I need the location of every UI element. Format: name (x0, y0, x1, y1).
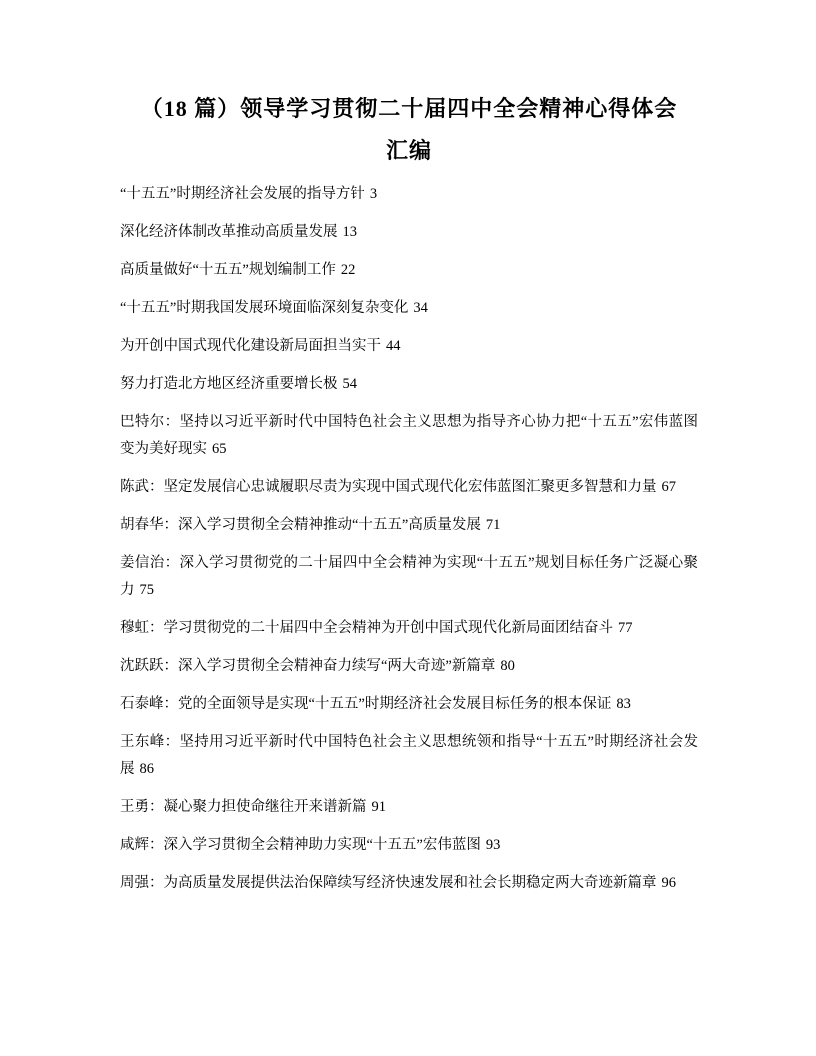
toc-entry-text: 咸辉：深入学习贯彻全会精神助力实现“十五五”宏伟蓝图 (120, 837, 481, 853)
toc-entry: 巴特尔：坚持以习近平新时代中国特色社会主义思想为指导齐心协力把“十五五”宏伟蓝图… (120, 409, 698, 463)
toc-entry-text: 巴特尔：坚持以习近平新时代中国特色社会主义思想为指导齐心协力把“十五五”宏伟蓝图… (120, 414, 698, 457)
toc-entry-text: 周强：为高质量发展提供法治保障续写经济快速发展和社会长期稳定两大奇迹新篇章 (120, 875, 657, 891)
toc-entry-page-number: 22 (341, 262, 356, 278)
toc-entry: 穆虹：学习贯彻党的二十届四中全会精神为开创中国式现代化新局面团结奋斗77 (120, 615, 698, 642)
toc-entry: 石泰峰：党的全面领导是实现“十五五”时期经济社会发展目标任务的根本保证83 (120, 691, 698, 718)
toc-entry-page-number: 67 (662, 479, 677, 495)
toc-entry-page-number: 86 (140, 761, 155, 777)
toc-entry: 王勇：凝心聚力担使命继往开来谱新篇91 (120, 794, 698, 821)
toc-entry: 周强：为高质量发展提供法治保障续写经济快速发展和社会长期稳定两大奇迹新篇章96 (120, 870, 698, 897)
toc-entry: 姜信治：深入学习贯彻党的二十届四中全会精神为实现“十五五”规划目标任务广泛凝心聚… (120, 550, 698, 604)
toc-entry: 胡春华：深入学习贯彻全会精神推动“十五五”高质量发展71 (120, 512, 698, 539)
toc-entry-text: 深化经济体制改革推动高质量发展 (120, 224, 338, 240)
toc-entry-text: 陈武：坚定发展信心忠诚履职尽责为实现中国式现代化宏伟蓝图汇聚更多智慧和力量 (120, 479, 657, 495)
toc-entry-text: 为开创中国式现代化建设新局面担当实干 (120, 338, 381, 354)
page-title-line-1: （18 篇）领导学习贯彻二十届四中全会精神心得体会 (120, 88, 698, 130)
toc-entry-text: 努力打造北方地区经济重要增长极 (120, 376, 338, 392)
toc-entry-text: 沈跃跃：深入学习贯彻全会精神奋力续写“两大奇迹”新篇章 (120, 658, 495, 674)
toc-entry-text: 穆虹：学习贯彻党的二十届四中全会精神为开创中国式现代化新局面团结奋斗 (120, 620, 613, 636)
toc-entry-text: “十五五”时期我国发展环境面临深刻复杂变化 (120, 300, 408, 316)
toc-entry-page-number: 83 (616, 696, 631, 712)
page-title: （18 篇）领导学习贯彻二十届四中全会精神心得体会 汇编 (120, 88, 698, 172)
toc-entry: “十五五”时期经济社会发展的指导方针3 (120, 181, 698, 208)
toc-entry-page-number: 3 (370, 186, 377, 202)
toc-entry-text: 姜信治：深入学习贯彻党的二十届四中全会精神为实现“十五五”规划目标任务广泛凝心聚… (120, 555, 698, 598)
toc-entry-text: 高质量做好“十五五”规划编制工作 (120, 262, 336, 278)
toc-entry-text: “十五五”时期经济社会发展的指导方针 (120, 186, 365, 202)
toc-entry-page-number: 13 (343, 224, 358, 240)
toc-entry-text: 石泰峰：党的全面领导是实现“十五五”时期经济社会发展目标任务的根本保证 (120, 696, 611, 712)
page-title-line-2: 汇编 (120, 130, 698, 172)
toc-entry-page-number: 65 (212, 441, 227, 457)
toc-entry-page-number: 96 (662, 875, 677, 891)
toc-entry-text: 王勇：凝心聚力担使命继往开来谱新篇 (120, 799, 367, 815)
toc-entry: 王东峰：坚持用习近平新时代中国特色社会主义思想统领和指导“十五五”时期经济社会发… (120, 729, 698, 783)
toc-entry: 高质量做好“十五五”规划编制工作22 (120, 257, 698, 284)
toc-entry-page-number: 44 (386, 338, 401, 354)
toc-entry-page-number: 93 (486, 837, 501, 853)
toc-entry: 咸辉：深入学习贯彻全会精神助力实现“十五五”宏伟蓝图93 (120, 832, 698, 859)
toc-entry: 深化经济体制改革推动高质量发展13 (120, 219, 698, 246)
toc-list: “十五五”时期经济社会发展的指导方针3 深化经济体制改革推动高质量发展13 高质… (120, 181, 698, 897)
toc-entry-page-number: 77 (618, 620, 633, 636)
toc-entry-text: 王东峰：坚持用习近平新时代中国特色社会主义思想统领和指导“十五五”时期经济社会发… (120, 734, 698, 777)
toc-entry-page-number: 75 (140, 582, 155, 598)
toc-entry-page-number: 54 (343, 376, 358, 392)
toc-entry-page-number: 80 (500, 658, 515, 674)
toc-entry: 沈跃跃：深入学习贯彻全会精神奋力续写“两大奇迹”新篇章80 (120, 653, 698, 680)
toc-entry-page-number: 71 (486, 517, 501, 533)
toc-entry-page-number: 34 (413, 300, 428, 316)
toc-entry: 为开创中国式现代化建设新局面担当实干44 (120, 333, 698, 360)
toc-entry: “十五五”时期我国发展环境面临深刻复杂变化34 (120, 295, 698, 322)
toc-entry-page-number: 91 (372, 799, 387, 815)
document-page: （18 篇）领导学习贯彻二十届四中全会精神心得体会 汇编 “十五五”时期经济社会… (0, 0, 816, 1056)
toc-entry-text: 胡春华：深入学习贯彻全会精神推动“十五五”高质量发展 (120, 517, 481, 533)
toc-entry: 陈武：坚定发展信心忠诚履职尽责为实现中国式现代化宏伟蓝图汇聚更多智慧和力量67 (120, 474, 698, 501)
toc-entry: 努力打造北方地区经济重要增长极54 (120, 371, 698, 398)
